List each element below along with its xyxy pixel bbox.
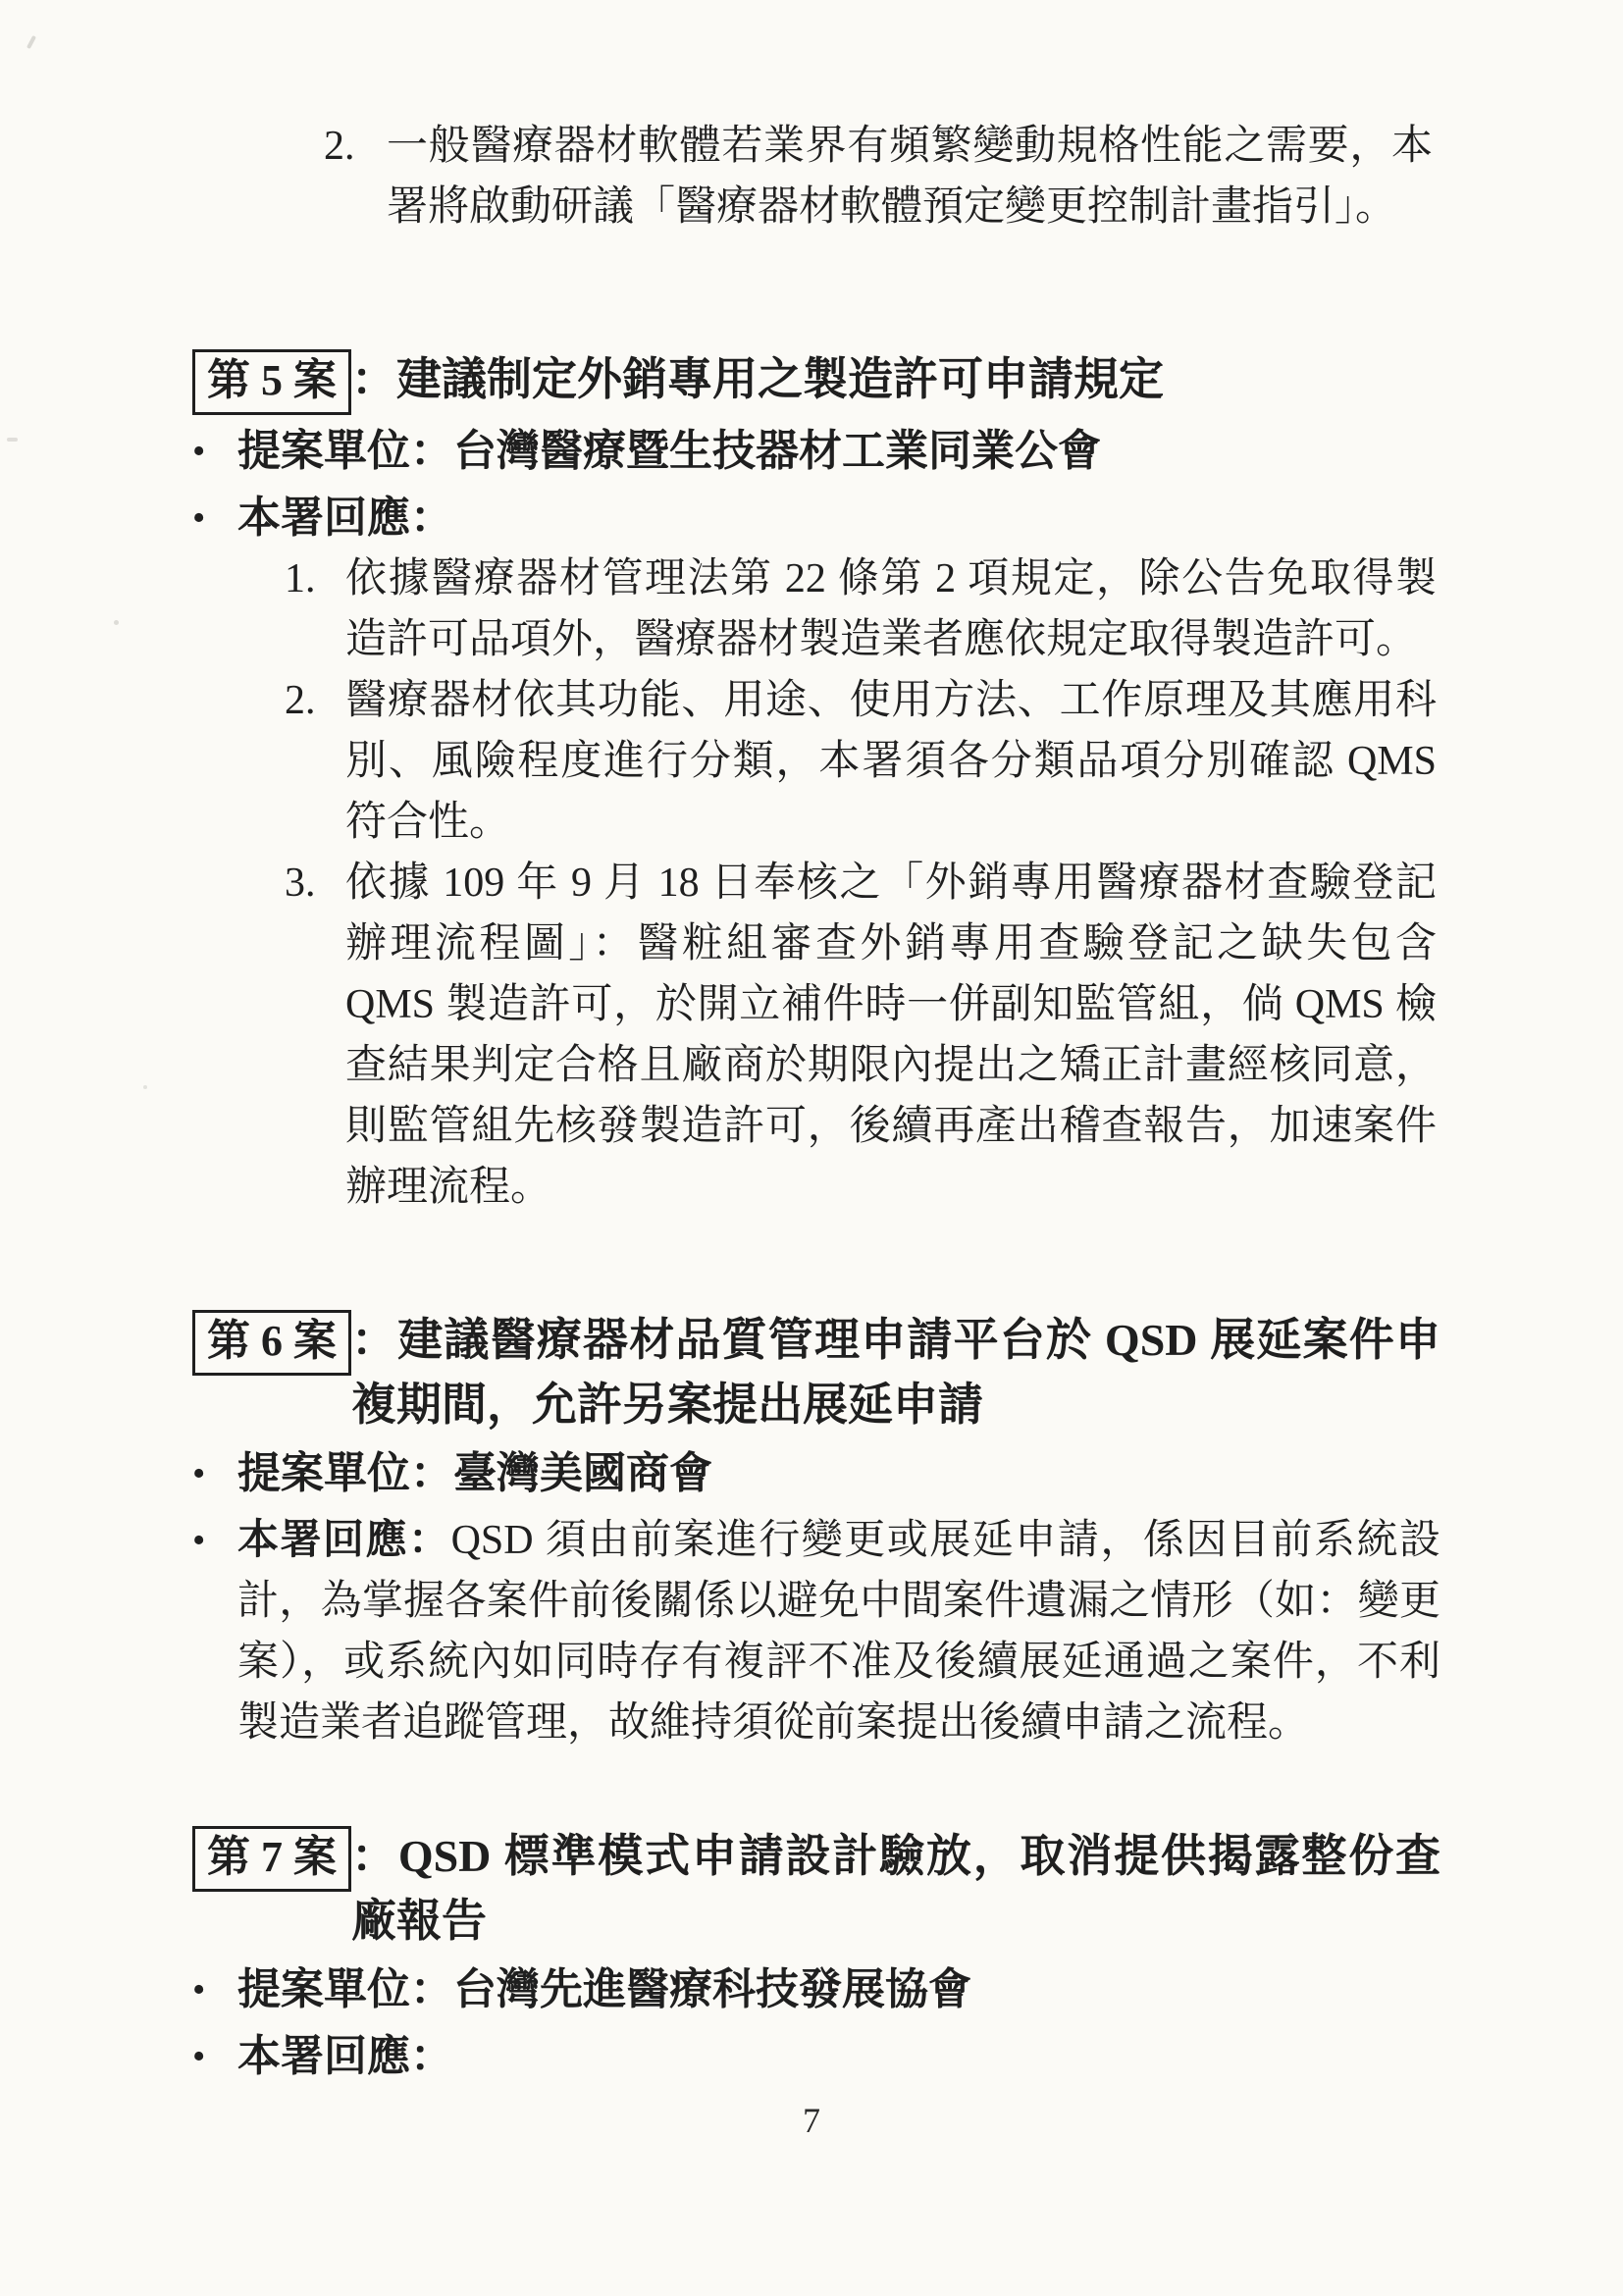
case-5-label-box: 第 5 案 — [192, 349, 351, 415]
case-7-title: ：QSD 標準模式申請設計驗放，取消提供揭露整份查廠報告 — [351, 1824, 1440, 1954]
case-7-title-text: QSD 標準模式申請設計驗放，取消提供揭露整份查廠報告 — [351, 1831, 1440, 1946]
case-7-response: 本署回應： — [237, 2026, 453, 2087]
response-label: 本署回應： — [237, 1518, 451, 1563]
colon: ： — [351, 354, 396, 404]
case-7-label-box: 第 7 案 — [192, 1826, 351, 1892]
case-6-response-row: • 本署回應：QSD 須由前案進行變更或展延申請，係因目前系統設計，為掌握各案件… — [192, 1510, 1440, 1753]
scan-speck — [143, 1085, 147, 1089]
case-5-response: 本署回應： — [237, 488, 453, 548]
bullet-icon: • — [192, 421, 237, 482]
proposer-name: 台灣醫療暨生技器材工業同業公會 — [453, 427, 1101, 475]
proposer-name: 台灣先進醫療科技發展協會 — [453, 1965, 971, 2013]
bullet-icon: • — [192, 1959, 237, 2020]
document-page: 2. 一般醫療器材軟體若業界有頻繁變動規格性能之需要，本署將啟動研議「醫療器材軟… — [0, 0, 1623, 2296]
page-number: 7 — [0, 2100, 1623, 2141]
case-6-proposer-row: • 提案單位：臺灣美國商會 — [192, 1443, 1440, 1504]
response-item: 3. 依據 109 年 9 月 18 日奉核之「外銷專用醫療器材查驗登記辦理流程… — [285, 853, 1440, 1218]
case-6-title: ：建議醫療器材品質管理申請平台於 QSD 展延案件申複期間，允許另案提出展延申請 — [351, 1308, 1440, 1437]
case-5-response-row: • 本署回應： — [192, 488, 1440, 548]
colon: ： — [351, 1315, 397, 1365]
item-number: 2. — [324, 116, 387, 237]
item-text: 醫療器材依其功能、用途、使用方法、工作原理及其應用科別、風險程度進行分類，本署須… — [345, 670, 1437, 853]
case-5-title-text: 建議制定外銷專用之製造許可申請規定 — [396, 354, 1164, 404]
proposer-label: 提案單位： — [237, 1965, 453, 2013]
case-7-response-row: • 本署回應： — [192, 2026, 1440, 2087]
case-7-proposer: 提案單位：台灣先進醫療科技發展協會 — [237, 1959, 971, 2020]
case-5-proposer: 提案單位：台灣醫療暨生技器材工業同業公會 — [237, 421, 1101, 482]
response-label: 本署回應： — [237, 2032, 453, 2080]
proposer-name: 臺灣美國商會 — [453, 1449, 712, 1497]
case-5-response-list: 1. 依據醫療器材管理法第 22 條第 2 項規定，除公告免取得製造許可品項外，… — [285, 548, 1440, 1218]
bullet-icon: • — [192, 1443, 237, 1504]
case-5-proposer-row: • 提案單位：台灣醫療暨生技器材工業同業公會 — [192, 421, 1440, 482]
item-number: 2. — [285, 670, 345, 853]
case-6-proposer: 提案單位：臺灣美國商會 — [237, 1443, 712, 1504]
item-text: 一般醫療器材軟體若業界有頻繁變動規格性能之需要，本署將啟動研議「醫療器材軟體預定… — [387, 116, 1433, 237]
response-item: 2. 醫療器材依其功能、用途、使用方法、工作原理及其應用科別、風險程度進行分類，… — [285, 670, 1440, 853]
proposer-label: 提案單位： — [237, 1449, 453, 1497]
case-5-title: ：建議制定外銷專用之製造許可申請規定 — [351, 347, 1440, 412]
case-7-proposer-row: • 提案單位：台灣先進醫療科技發展協會 — [192, 1959, 1440, 2020]
scan-speck — [26, 35, 36, 49]
intro-item: 2. 一般醫療器材軟體若業界有頻繁變動規格性能之需要，本署將啟動研議「醫療器材軟… — [324, 116, 1440, 237]
item-number: 1. — [285, 548, 345, 670]
scan-speck — [7, 438, 18, 442]
scan-speck — [114, 620, 119, 625]
case-5-section: 第 5 案 ：建議制定外銷專用之製造許可申請規定 • 提案單位：台灣醫療暨生技器… — [192, 347, 1440, 1218]
case-6-section: 第 6 案 ：建議醫療器材品質管理申請平台於 QSD 展延案件申複期間，允許另案… — [192, 1308, 1440, 1753]
case-6-response: 本署回應：QSD 須由前案進行變更或展延申請，係因目前系統設計，為掌握各案件前後… — [237, 1510, 1440, 1753]
case-6-label-box: 第 6 案 — [192, 1310, 351, 1376]
bullet-icon: • — [192, 488, 237, 548]
bullet-icon: • — [192, 2026, 237, 2087]
case-7-heading: 第 7 案 ：QSD 標準模式申請設計驗放，取消提供揭露整份查廠報告 — [192, 1824, 1440, 1954]
bullet-icon: • — [192, 1510, 237, 1753]
case-7-section: 第 7 案 ：QSD 標準模式申請設計驗放，取消提供揭露整份查廠報告 • 提案單… — [192, 1824, 1440, 2087]
response-item: 1. 依據醫療器材管理法第 22 條第 2 項規定，除公告免取得製造許可品項外，… — [285, 548, 1440, 670]
proposer-label: 提案單位： — [237, 427, 453, 475]
colon: ： — [351, 1831, 398, 1881]
case-6-heading: 第 6 案 ：建議醫療器材品質管理申請平台於 QSD 展延案件申複期間，允許另案… — [192, 1308, 1440, 1437]
item-number: 3. — [285, 853, 345, 1218]
case-6-title-text: 建議醫療器材品質管理申請平台於 QSD 展延案件申複期間，允許另案提出展延申請 — [351, 1315, 1440, 1430]
case-5-heading: 第 5 案 ：建議制定外銷專用之製造許可申請規定 — [192, 347, 1440, 415]
item-text: 依據 109 年 9 月 18 日奉核之「外銷專用醫療器材查驗登記辦理流程圖」：… — [345, 853, 1437, 1218]
item-text: 依據醫療器材管理法第 22 條第 2 項規定，除公告免取得製造許可品項外，醫療器… — [345, 548, 1437, 670]
response-label: 本署回應： — [237, 494, 453, 542]
